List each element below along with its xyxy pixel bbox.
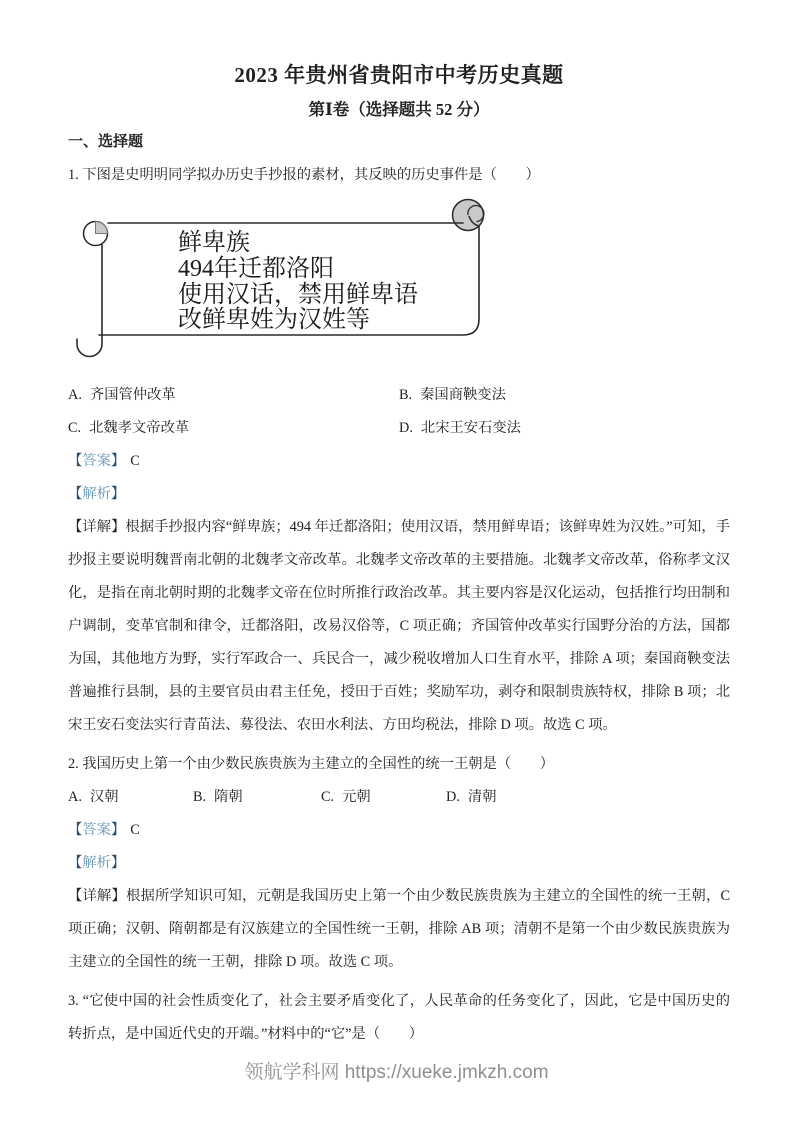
scroll-line: 改鲜卑姓为汉姓等	[178, 306, 370, 333]
option-d-text: 北宋王安石变法	[421, 420, 521, 436]
option-a-label: A.	[68, 789, 82, 805]
analysis-label: 解析	[82, 855, 111, 871]
option-c-text: 元朝	[342, 789, 371, 805]
option-b: B.隋朝	[193, 781, 321, 814]
scroll-line: 使用汉话，禁用鲜卑语	[178, 281, 418, 308]
bracket-open: 【	[68, 855, 82, 871]
question-2-stem: 2. 我国历史上第一个由少数民族贵族为主建立的全国性的统一王朝是（ ）	[68, 748, 730, 781]
scroll-banner-illustration: 鲜卑族 494年迁都洛阳 使用汉话，禁用鲜卑语 改鲜卑姓为汉姓等	[72, 195, 492, 373]
watermark-footer: 领航学科网 https://xueke.jmkzh.com	[0, 1058, 793, 1088]
option-d-label: D.	[446, 789, 460, 805]
question-1-stem: 1. 下图是史明明同学拟办历史手抄报的素材，其反映的历史事件是（ ）	[68, 159, 730, 192]
option-d-label: D.	[399, 420, 413, 436]
option-d: D.清朝	[446, 781, 497, 814]
bracket-open: 【	[68, 888, 83, 904]
analysis-label: 解析	[82, 486, 111, 502]
option-b: B.秦国商鞅变法	[399, 379, 730, 412]
section-heading: 一、选择题	[68, 126, 730, 159]
bracket-close: 】	[111, 453, 125, 469]
option-a: A.汉朝	[68, 781, 193, 814]
page-title: 2023 年贵州省贵阳市中考历史真题	[68, 56, 730, 94]
question-1-analysis-line: 【解析】	[68, 478, 730, 511]
option-d-text: 清朝	[468, 789, 497, 805]
question-2-options-row: A.汉朝 B.隋朝 C.元朝 D.清朝	[68, 781, 730, 814]
question-3-stem: 3. “它使中国的社会性质变化了，社会主要矛盾变化了，人民革命的任务变化了，因此…	[68, 985, 730, 1051]
option-c-label: C.	[68, 420, 81, 436]
answer-label: 答案	[82, 453, 111, 469]
question-2-detail: 【详解】根据所学知识可知，元朝是我国历史上第一个由少数民族贵族为主建立的全国性的…	[68, 880, 730, 979]
question-1-figure: 鲜卑族 494年迁都洛阳 使用汉话，禁用鲜卑语 改鲜卑姓为汉姓等	[72, 195, 730, 373]
scroll-roll-shading	[96, 222, 108, 234]
option-c-label: C.	[321, 789, 334, 805]
question-2-analysis-line: 【解析】	[68, 847, 730, 880]
exam-document-page: 2023 年贵州省贵阳市中考历史真题 第Ⅰ卷（选择题共 52 分） 一、选择题 …	[0, 0, 793, 1122]
question-1-detail: 【详解】根据手抄报内容“鲜卑族；494 年迁都洛阳；使用汉语，禁用鲜卑语；该鲜卑…	[68, 511, 730, 742]
option-c-text: 北魏孝文帝改革	[89, 420, 189, 436]
option-b-label: B.	[193, 789, 206, 805]
detail-label: 详解	[82, 519, 111, 535]
detail-text: 根据手抄报内容“鲜卑族；494 年迁都洛阳；使用汉语，禁用鲜卑语；该鲜卑姓为汉姓…	[68, 519, 730, 733]
question-1-options-row-1: A.齐国管仲改革 B.秦国商鞅变法	[68, 379, 730, 412]
answer-value: C	[130, 453, 140, 469]
option-c: C.北魏孝文帝改革	[68, 412, 399, 445]
answer-value: C	[130, 822, 140, 838]
option-b-label: B.	[399, 387, 412, 403]
bracket-close: 】	[111, 855, 125, 871]
bracket-open: 【	[68, 453, 82, 469]
option-a-text: 齐国管仲改革	[90, 387, 176, 403]
bracket-open: 【	[68, 486, 82, 502]
bracket-close: 】	[111, 822, 125, 838]
option-b-text: 秦国商鞅变法	[420, 387, 506, 403]
question-1-options-row-2: C.北魏孝文帝改革 D.北宋王安石变法	[68, 412, 730, 445]
option-a: A.齐国管仲改革	[68, 379, 399, 412]
option-d: D.北宋王安石变法	[399, 412, 730, 445]
question-1-answer-line: 【答案】C	[68, 445, 730, 478]
option-a-text: 汉朝	[90, 789, 119, 805]
detail-label: 详解	[83, 888, 112, 904]
bracket-close: 】	[111, 486, 125, 502]
document-content: 2023 年贵州省贵阳市中考历史真题 第Ⅰ卷（选择题共 52 分） 一、选择题 …	[68, 56, 730, 1051]
bracket-close: 】	[111, 519, 125, 535]
scroll-line: 494年迁都洛阳	[178, 255, 334, 282]
bracket-open: 【	[68, 519, 82, 535]
option-c: C.元朝	[321, 781, 446, 814]
scroll-line: 鲜卑族	[178, 229, 250, 256]
bracket-close: 】	[112, 888, 127, 904]
detail-text: 根据所学知识可知，元朝是我国历史上第一个由少数民族贵族为主建立的全国性的统一王朝…	[68, 888, 730, 970]
option-a-label: A.	[68, 387, 82, 403]
volume-subtitle: 第Ⅰ卷（选择题共 52 分）	[68, 94, 730, 126]
question-2-answer-line: 【答案】C	[68, 814, 730, 847]
bracket-open: 【	[68, 822, 82, 838]
option-b-text: 隋朝	[214, 789, 243, 805]
scroll-bottom-left-hook	[77, 335, 102, 356]
answer-label: 答案	[82, 822, 111, 838]
